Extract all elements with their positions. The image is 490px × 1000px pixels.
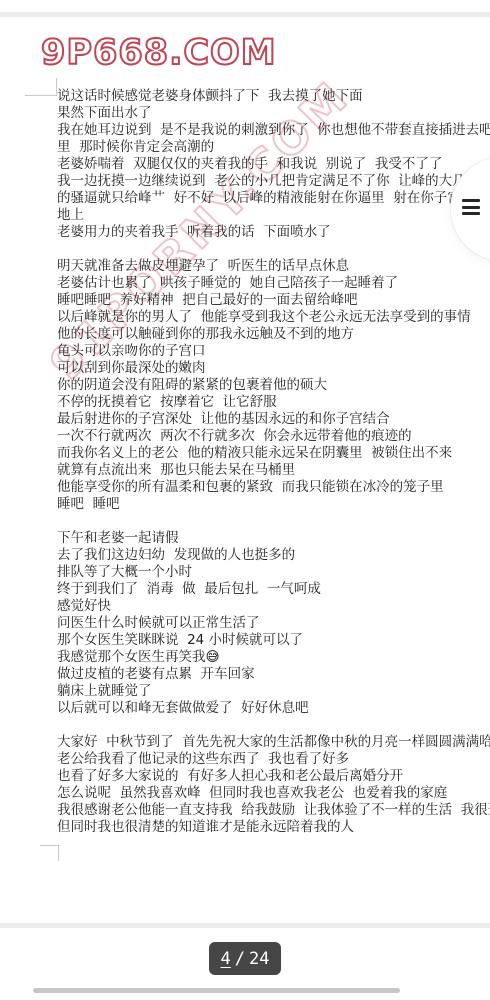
margin-corner-topleft bbox=[25, 78, 57, 96]
text-line: 也看了好多大家说的 有好多人担心我和老公最后离婚分开 bbox=[57, 768, 490, 785]
text-line: 一次不行就两次 两次不行就多次 你会永远带着他的痕迹的 bbox=[57, 428, 490, 445]
text-line: 最后射进你的子宫深处 让他的基因永远的和你子宫结合 bbox=[57, 411, 490, 428]
text-line: 的骚逼就只给峰艹 好不好 以后峰的精液能射在你逼里 射在你子宫里 老公射 bbox=[57, 190, 490, 207]
text-line: 睡吧 睡吧 bbox=[57, 496, 490, 513]
text-line: 排队等了大概一个小时 bbox=[57, 564, 490, 581]
text-line: 地上 bbox=[57, 207, 490, 224]
text-line: 里 那时候你肯定会高潮的 bbox=[57, 139, 490, 156]
text-line bbox=[57, 513, 490, 530]
margin-corner-bottomleft bbox=[40, 845, 59, 861]
text-line: 以后峰就是你的男人了 他能享受到我这个老公永远无法享受到的事情 bbox=[57, 309, 490, 326]
text-line: 明天就准备去做皮埋避孕了 听医生的话早点休息 bbox=[57, 258, 490, 275]
text-line: 就算有点流出来 那也只能去呆在马桶里 bbox=[57, 462, 490, 479]
page-bottom-divider bbox=[0, 923, 490, 928]
text-line: 怎么说呢 虽然我喜欢峰 但同时我也喜欢我老公 也爱着我的家庭 bbox=[57, 785, 490, 802]
text-line: 他能享受你的所有温柔和包裹的紧致 而我只能锁在冰冷的笼子里 bbox=[57, 479, 490, 496]
text-line: 可以刮到你最深处的嫩肉 bbox=[57, 360, 490, 377]
text-line: 做过皮植的老婆有点累 开车回家 bbox=[57, 666, 490, 683]
text-line bbox=[57, 241, 490, 258]
page-indicator[interactable]: 4 / 24 bbox=[209, 942, 281, 975]
text-line: 睡吧睡吧 养好精神 把自己最好的一面去留给峰吧 bbox=[57, 292, 490, 309]
text-line: 下午和老婆一起请假 bbox=[57, 530, 490, 547]
text-line: 终于到我们了 消毒 做 最后包扎 一气呵成 bbox=[57, 581, 490, 598]
text-line: 我感觉那个女医生再笑我😅 bbox=[57, 649, 490, 666]
text-line: 果然下面出水了 bbox=[57, 105, 490, 122]
text-line: 老公给我看了他记录的这些东西了 我也看了好多 bbox=[57, 751, 490, 768]
current-page-number[interactable]: 4 bbox=[221, 949, 231, 969]
text-line: 去了我们这边妇幼 发现做的人也挺多的 bbox=[57, 547, 490, 564]
top-divider bbox=[0, 12, 490, 17]
text-line: 那个女医生笑眯眯说 24 小时候就可以了 bbox=[57, 632, 490, 649]
text-line: 他的长度可以触碰到你的那我永远触及不到的地方 bbox=[57, 326, 490, 343]
text-line: 老婆估计也累了 哄孩子睡觉的 她自己陪孩子一起睡着了 bbox=[57, 275, 490, 292]
hamburger-menu-icon[interactable] bbox=[462, 199, 480, 216]
text-line: 而我你名义上的老公 他的精液只能永远呆在阴囊里 被锁住出不来 bbox=[57, 445, 490, 462]
text-line: 我一边抚摸一边继续说到 老公的小几把肯定满足不了你 让峰的大几把无套的艹 bbox=[57, 173, 490, 190]
scroll-progress-bar[interactable] bbox=[33, 988, 400, 993]
text-line: 龟头可以亲吻你的子宫口 bbox=[57, 343, 490, 360]
text-line: 老婆娇喘着 双腿仅仅的夹着我的手 和我说 别说了 我受不了了 bbox=[57, 156, 490, 173]
text-line: 我在她耳边说到 是不是我说的刺激到你了 你也想他不带套直接插进去吧 最后射在你身 bbox=[57, 122, 490, 139]
text-line: 我很感谢老公他能一直支持我 给我鼓励 让我体验了不一样的生活 我很开心的 bbox=[57, 802, 490, 819]
text-line bbox=[57, 717, 490, 734]
text-line: 说这话时候感觉老婆身体颤抖了下 我去摸了她下面 bbox=[57, 88, 490, 105]
total-page-count: 24 bbox=[249, 949, 269, 969]
text-line: 老婆用力的夹着我手 听着我的话 下面喷水了 bbox=[57, 224, 490, 241]
site-logo: 9P668.COM bbox=[41, 33, 277, 73]
text-line: 不停的抚摸着它 按摩着它 让它舒服 bbox=[57, 394, 490, 411]
text-line: 大家好 中秋节到了 首先先祝大家的生活都像中秋的月亮一样圆圆满满哈 bbox=[57, 734, 490, 751]
text-line: 你的阴道会没有阻碍的紧紧的包裹着他的硕大 bbox=[57, 377, 490, 394]
page-separator: / bbox=[235, 949, 245, 969]
text-line: 以后就可以和峰无套做做爱了 好好休息吧 bbox=[57, 700, 490, 717]
text-line: 感觉好快 bbox=[57, 598, 490, 615]
text-line: 问医生什么时候就可以正常生活了 bbox=[57, 615, 490, 632]
text-line: 躺床上就睡觉了 bbox=[57, 683, 490, 700]
document-text: 说这话时候感觉老婆身体颤抖了下 我去摸了她下面果然下面出水了我在她耳边说到 是不… bbox=[57, 88, 490, 836]
text-line: 但同时我也很清楚的知道谁才是能永远陪着我的人 bbox=[57, 819, 490, 836]
